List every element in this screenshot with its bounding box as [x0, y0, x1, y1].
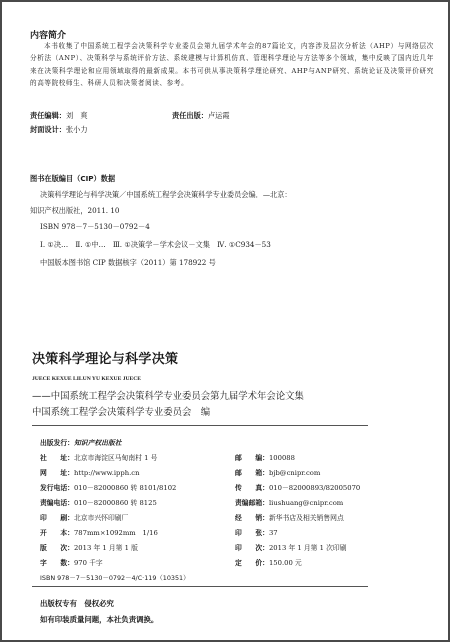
publisher-label: 出版发行： — [40, 438, 74, 448]
pub-field-value: http://www.ipph.cn — [74, 469, 139, 477]
pub-left-row: 印 刷：北京市兴怀印刷厂 — [40, 513, 128, 523]
pub-right-row: 印 次：2013 年 1 月第 1 次印刷 — [235, 543, 347, 553]
pub-field-label: 印 张： — [235, 528, 269, 538]
pub-field-value: 2013 年 1 月第 1 次印刷 — [269, 544, 347, 552]
intro-body: 本书收集了中国系统工程学会决策科学专业委员会第九届学术年会的87篇论文，内容涉及… — [30, 40, 434, 90]
pub-right-row: 印 张：37 — [235, 528, 278, 538]
pub-left-row: 网 址：http://www.ipph.cn — [40, 468, 139, 478]
book-title: 决策科学理论与科学决策 — [32, 348, 178, 367]
pub-field-label: 开 本： — [40, 528, 74, 538]
rights-line-1: 出版权专有 侵权必究 — [40, 598, 114, 609]
book-title-pinyin: JUECE KEXUE LILUN YU KEXUE JUECE — [32, 376, 141, 382]
divider-bottom — [32, 586, 368, 587]
pub-field-value: 100088 — [269, 454, 295, 462]
book-subtitle: ——中国系统工程学会决策科学专业委员会第九届学术年会论文集 — [32, 388, 304, 402]
cip-line-4: Ⅰ. ①决… Ⅱ. ①中… Ⅲ. ①决策学－学术会议－文集 Ⅳ. ①C934－5… — [40, 240, 271, 250]
pub-field-value: 970 千字 — [74, 559, 103, 567]
pub-field-label: 邮 箱： — [235, 468, 269, 478]
pub-field-value: liushuang@cnipr.com — [269, 499, 343, 507]
rights-line-2: 如有印装质量问题，本社负责调换。 — [40, 614, 158, 625]
isbn-full: ISBN 978－7－5130－0792－4/C·119（10351） — [40, 573, 190, 583]
pub-field-value: 北京市海淀区马甸南村 1 号 — [74, 454, 157, 462]
pub-field-value: 787mm×1092mm 1/16 — [74, 529, 158, 537]
pub-field-label: 社 址： — [40, 453, 74, 463]
pub-field-label: 经 销： — [235, 513, 269, 523]
divider-top — [32, 425, 368, 426]
pub-right-row: 责编邮箱：liushuang@cnipr.com — [235, 498, 343, 508]
credit-cover-value: 张小力 — [66, 125, 88, 134]
pub-field-value: 37 — [269, 529, 278, 537]
pub-field-value: 新华书店及相关销售网点 — [269, 514, 344, 522]
cip-line-1: 决策科学理论与科学决策／中国系统工程学会决策科学专业委员会编．—北京： — [40, 190, 292, 200]
credit-editor: 责任编辑：刘 爽 — [30, 110, 88, 121]
pub-field-label: 版 次： — [40, 543, 74, 553]
credit-publish-resp-label: 责任出版： — [172, 111, 208, 120]
pub-field-value: 010－82000893/82005070 — [269, 484, 360, 492]
pub-field-value: 2013 年 1 月第 1 版 — [74, 544, 138, 552]
pub-field-value: 010－82000860 转 8125 — [74, 499, 157, 507]
pub-field-label: 印 次： — [235, 543, 269, 553]
credit-cover: 封面设计：张小力 — [30, 124, 88, 135]
pub-right-row: 传 真：010－82000893/82005070 — [235, 483, 360, 493]
pub-field-value: 150.00 元 — [269, 559, 302, 567]
intro-paragraph: 本书收集了中国系统工程学会决策科学专业委员会第九届学术年会的87篇论文，内容涉及… — [30, 40, 434, 90]
pub-left-row: 开 本：787mm×1092mm 1/16 — [40, 528, 158, 538]
cip-line-3: ISBN 978－7－5130－0792－4 — [40, 222, 150, 232]
pub-field-label: 责编邮箱： — [235, 498, 269, 508]
pub-right-row: 邮 箱：bjb@cnipr.com — [235, 468, 320, 478]
pub-field-label: 邮 编： — [235, 453, 269, 463]
credit-publish-resp: 责任出版：卢运霞 — [172, 110, 230, 121]
pub-field-label: 责编电话： — [40, 498, 74, 508]
cip-heading: 图书在版编目（CIP）数据 — [30, 173, 115, 184]
pub-field-label: 印 刷： — [40, 513, 74, 523]
pub-right-row: 经 销：新华书店及相关销售网点 — [235, 513, 344, 523]
pub-field-value: 010－82000860 转 8101/8102 — [74, 484, 176, 492]
credit-publish-resp-value: 卢运霞 — [208, 111, 230, 120]
pub-field-label: 定 价： — [235, 558, 269, 568]
cip-line-2: 知识产权出版社，2011. 10 — [30, 206, 120, 216]
pub-left-row: 社 址：北京市海淀区马甸南村 1 号 — [40, 453, 157, 463]
publisher-value: 知识产权出版社 — [74, 439, 122, 447]
pub-left-row: 发行电话：010－82000860 转 8101/8102 — [40, 483, 176, 493]
credit-editor-value: 刘 爽 — [66, 111, 88, 120]
book-editor-line: 中国系统工程学会决策科学专业委员会 编 — [32, 404, 210, 418]
publisher-row: 出版发行：知识产权出版社 — [40, 438, 122, 448]
pub-left-row: 版 次：2013 年 1 月第 1 版 — [40, 543, 138, 553]
pub-field-label: 网 址： — [40, 468, 74, 478]
pub-right-row: 定 价：150.00 元 — [235, 558, 302, 568]
pub-field-value: bjb@cnipr.com — [269, 469, 320, 477]
pub-right-row: 邮 编：100088 — [235, 453, 295, 463]
cip-line-5: 中国版本图书馆 CIP 数据核字（2011）第 178922 号 — [40, 258, 216, 268]
copyright-page: 内容简介 本书收集了中国系统工程学会决策科学专业委员会第九届学术年会的87篇论文… — [0, 0, 450, 642]
pub-field-value: 北京市兴怀印刷厂 — [74, 514, 128, 522]
credit-cover-label: 封面设计： — [30, 125, 66, 134]
pub-field-label: 字 数： — [40, 558, 74, 568]
pub-field-label: 发行电话： — [40, 483, 74, 493]
credit-editor-label: 责任编辑： — [30, 111, 66, 120]
pub-field-label: 传 真： — [235, 483, 269, 493]
pub-left-row: 字 数：970 千字 — [40, 558, 103, 568]
pub-left-row: 责编电话：010－82000860 转 8125 — [40, 498, 157, 508]
